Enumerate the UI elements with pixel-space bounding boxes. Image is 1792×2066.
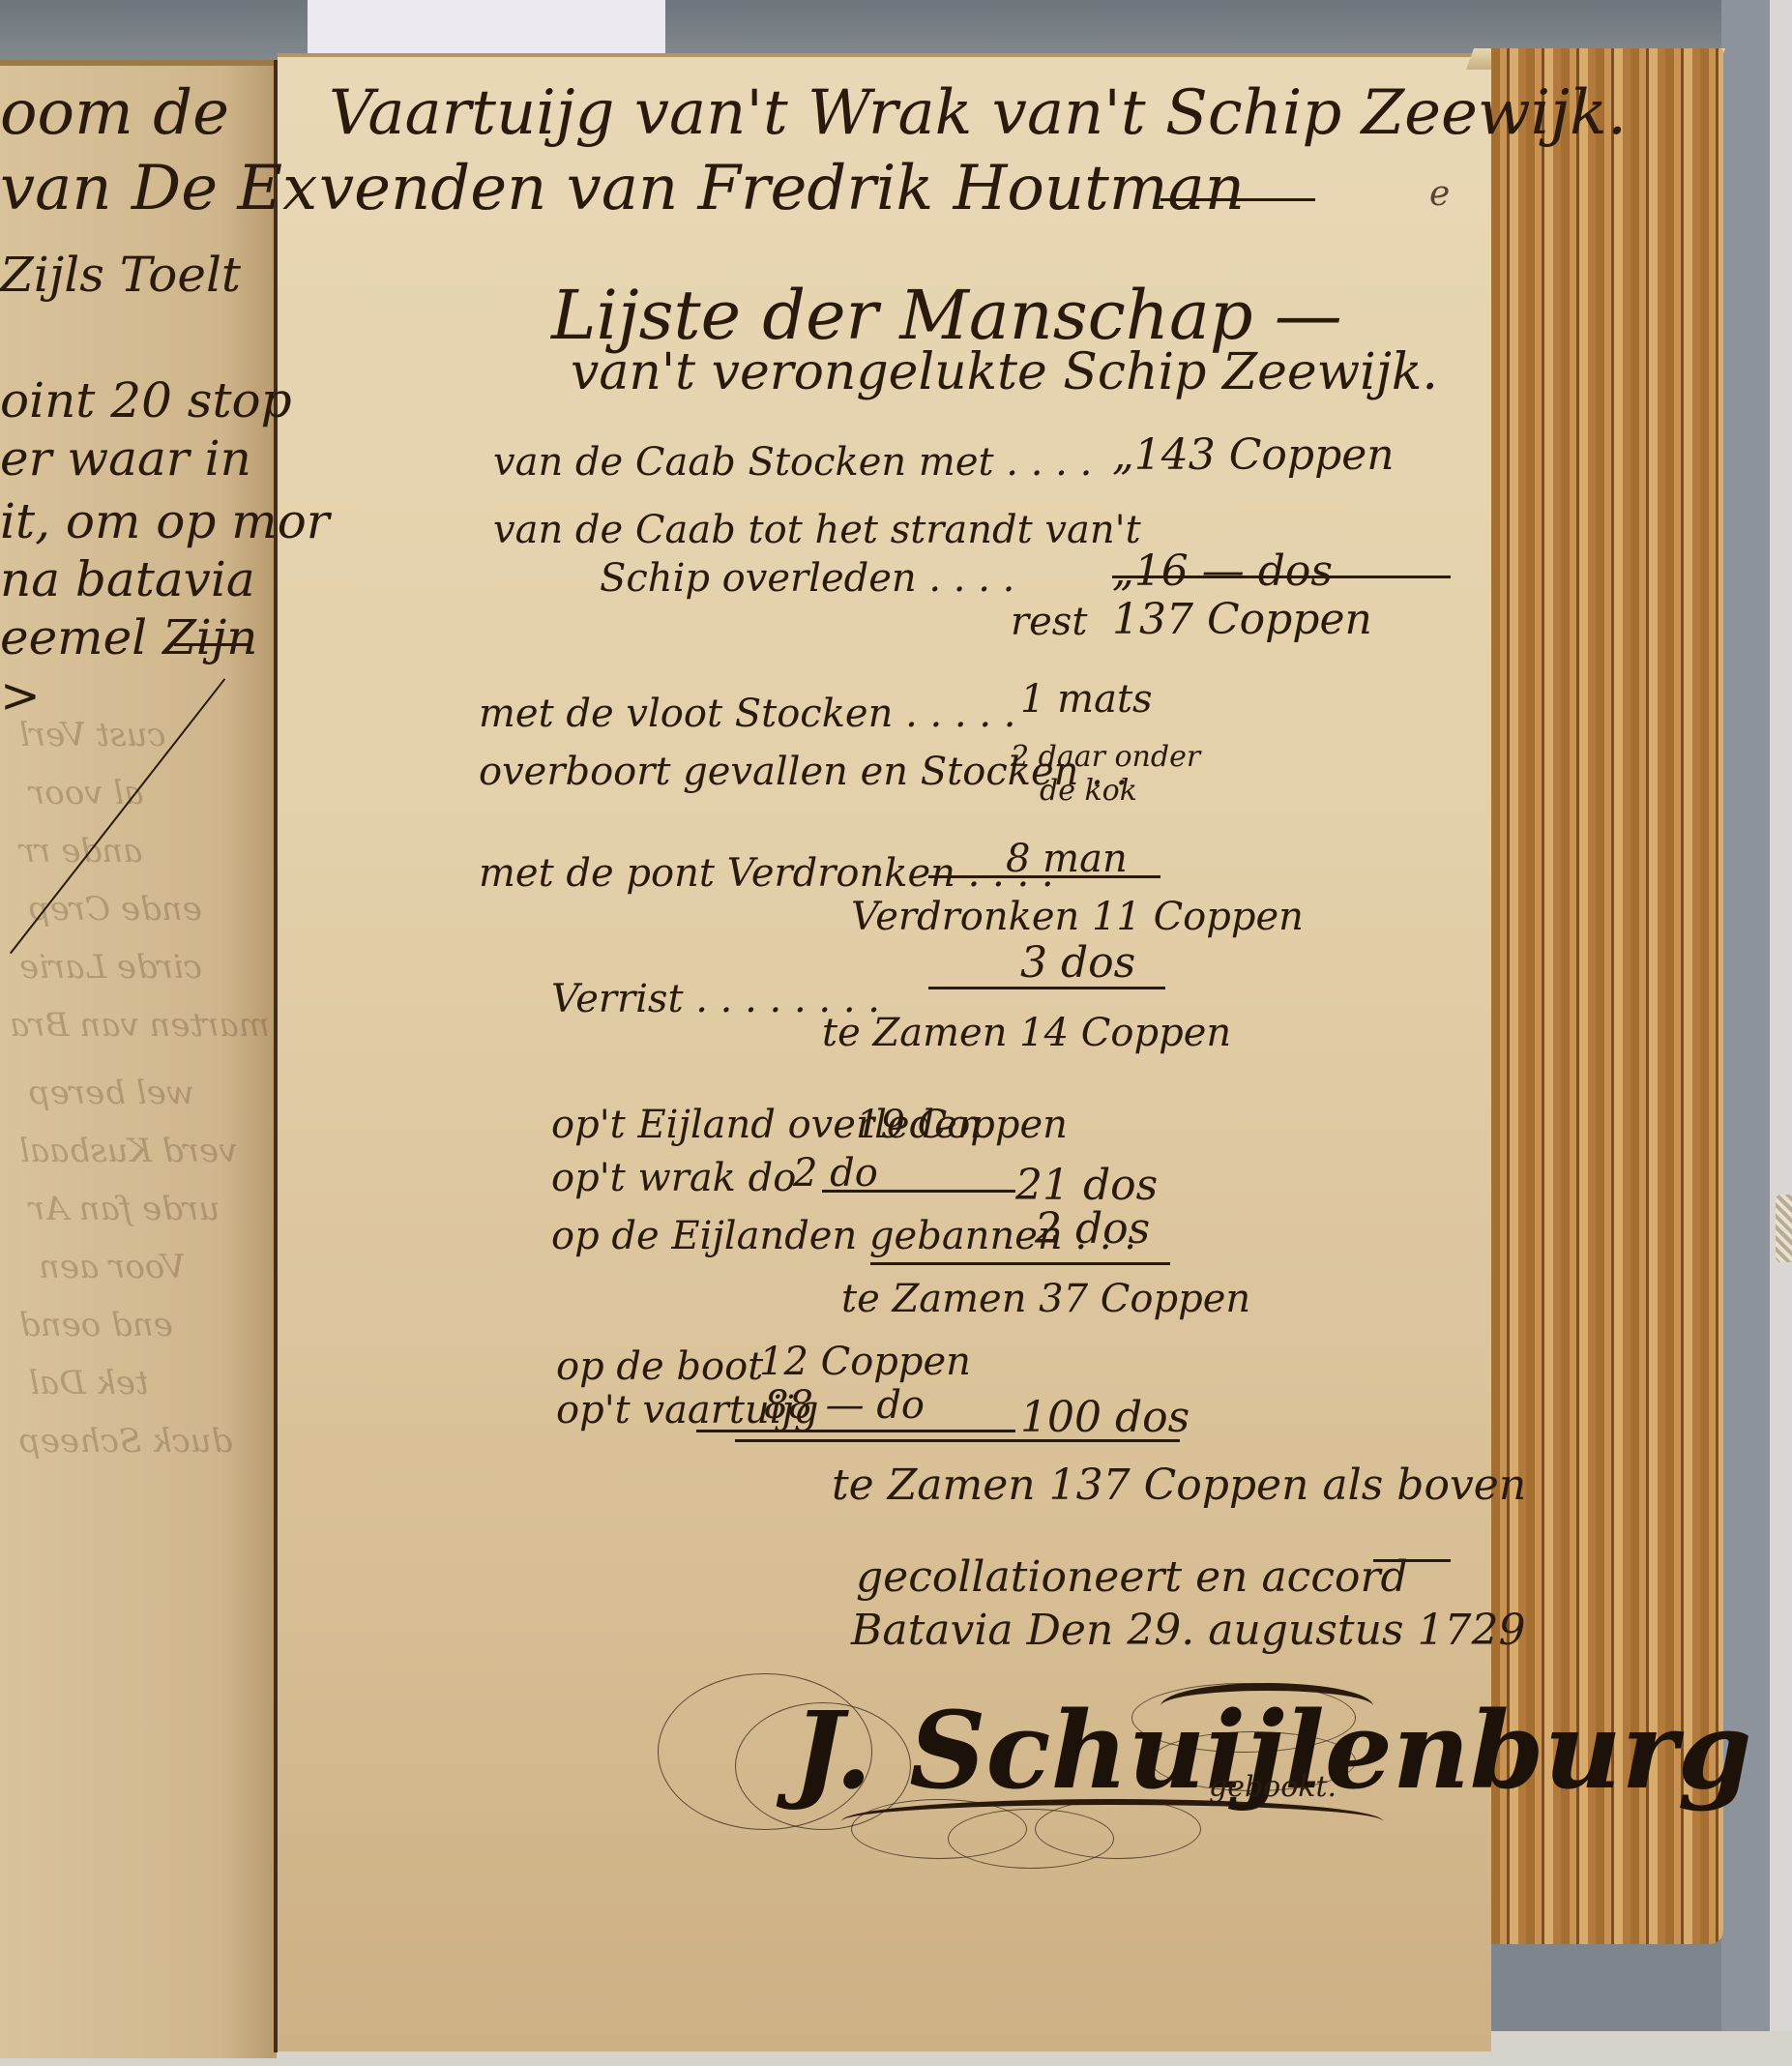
sum-rule [822, 1190, 1015, 1193]
bleed-line: urde fan Ar [29, 1190, 220, 1228]
left-line: > [0, 667, 41, 723]
entry-value-2: de kok [1040, 774, 1137, 808]
gutter-line [274, 60, 278, 2052]
document-subtitle: van't verongelukte Schip Zeewijk. [571, 343, 1438, 401]
header-underline [1160, 198, 1315, 201]
entry-value: 12 Coppen [759, 1340, 971, 1384]
header-line1: Vaartuijg van't Wrak van't Schip Zeewijk… [329, 77, 1627, 149]
bleed-line: end oend [19, 1306, 173, 1344]
margin-mark: e [1429, 174, 1450, 214]
entry-value: 3 dos [1020, 938, 1135, 988]
entry-value: „143 Coppen [1112, 430, 1395, 480]
left-line: eemel Zijn [0, 609, 258, 665]
bleed-line: ande rr [19, 832, 142, 871]
bleed-line: cust Verl [19, 716, 166, 754]
bleed-line: duck Scheep [19, 1422, 232, 1461]
entry-label: rest [1011, 600, 1087, 644]
grand-total: te Zamen 137 Coppen als boven [832, 1461, 1526, 1510]
entry-value: te Zamen 37 Coppen [841, 1277, 1250, 1321]
background-right-light [1770, 0, 1792, 2066]
entry-value: 19 Coppen [856, 1103, 1068, 1147]
bleed-line: tek Dal [29, 1364, 149, 1402]
entry-value: 137 Coppen [1112, 595, 1372, 644]
left-line: Zijls Toelt [0, 247, 241, 303]
header-line2: venden van Fredrik Houtman [319, 153, 1245, 224]
entry-label: op de boot [556, 1344, 763, 1389]
entry-value-2: 21 dos [1015, 1161, 1158, 1210]
rope-tassel [1776, 1195, 1792, 1262]
attestation-rule [1373, 1559, 1451, 1562]
entry-value: 2 dos [1035, 1204, 1150, 1254]
left-line: oint 20 stop [0, 372, 292, 428]
entry-value-2: 100 dos [1020, 1393, 1190, 1442]
bleed-line: Voor aen [39, 1248, 186, 1286]
bleed-line: verd Kusbaal [19, 1132, 237, 1170]
header-line1-left: oom de [0, 77, 229, 149]
entry-label: van de Caab Stocken met . . . . [493, 440, 1092, 485]
bleed-line: wel berep [29, 1074, 194, 1112]
bleed-line: al voor [29, 774, 143, 812]
entry-value: 1 mats [1020, 677, 1153, 722]
entry-value: te Zamen 14 Coppen [822, 1011, 1231, 1055]
entry-value: Verdronken 11 Coppen [851, 895, 1304, 939]
page-block-edge [1491, 48, 1723, 1944]
attestation-line1: gecollationeert en accord [856, 1552, 1408, 1602]
entry-value: 88 — do [764, 1383, 925, 1428]
sum-rule [928, 987, 1165, 989]
bleed-line: marten van Bra [10, 1006, 270, 1045]
sum-rule [696, 1430, 1015, 1432]
header-line2-left: van De Ex [0, 153, 317, 224]
entry-label: met de pont Verdronken . . . . [479, 851, 1054, 896]
left-line: it, om op mor [0, 493, 330, 549]
left-line: na batavia [0, 551, 255, 607]
entry-value: 2 daar onder [1011, 740, 1200, 774]
sum-rule [928, 875, 1160, 878]
left-line: er waar in [0, 430, 251, 487]
sum-rule [1112, 576, 1451, 578]
left-line-underline [174, 643, 251, 646]
attestation-line2: Batavia Den 29. augustus 1729 [851, 1606, 1525, 1655]
entry-label: op't wrak do [551, 1156, 796, 1200]
entry-label: van de Caab tot het strandt van't [493, 508, 1141, 552]
entry-value: „16 — dos [1112, 546, 1333, 596]
entry-label: Schip overleden . . . . [600, 556, 1014, 601]
signature-subtext: gebookt. [1209, 1770, 1337, 1804]
sum-rule [870, 1262, 1170, 1265]
entry-label: met de vloot Stocken . . . . . [479, 692, 1016, 736]
sum-rule [735, 1439, 1180, 1442]
left-page [0, 60, 277, 2058]
bleed-line: cirde Larie [19, 948, 202, 987]
